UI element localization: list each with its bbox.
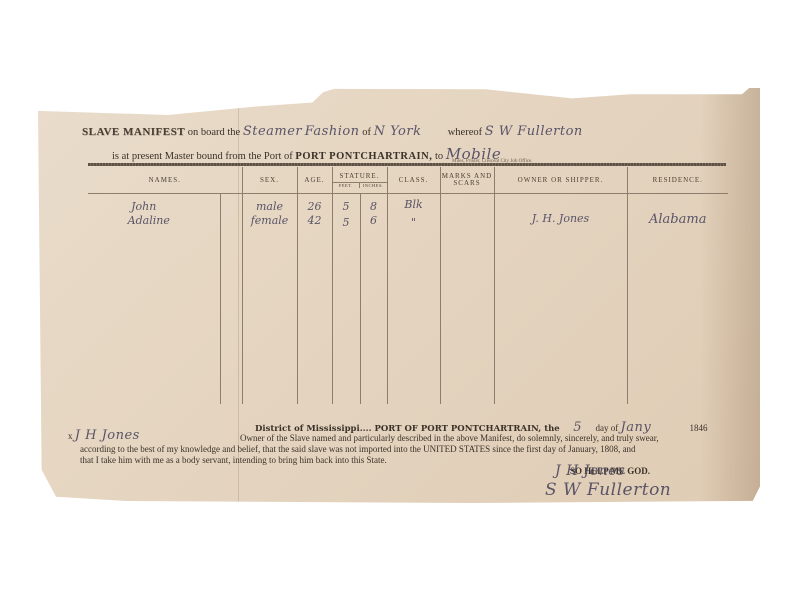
signature-jones: J H Jones [555,463,625,479]
owner-cell: J. H. Jones [494,194,627,405]
col-header-residence: RESIDENCE. [627,167,728,194]
document-title: SLAVE MANIFEST [82,126,185,138]
age-entry-1: 26 [298,200,332,213]
owner-entry: J. H. Jones [495,212,627,225]
residence-entry: Alabama [628,212,729,227]
oath-year: 1846 [689,423,707,433]
oath-line-3: according to the best of my knowledge an… [80,444,636,455]
col-header-stature: STATURE. FEET. INCHES. [332,167,387,194]
manifest-table: NAMES. SEX. AGE. STATURE. FEET. INCHES. … [88,167,728,404]
age-cell: 26 42 [297,194,332,405]
col-header-marks: MARKS AND SCARS [440,167,494,194]
whereof-label: whereof [448,127,482,138]
col-header-age: AGE. [297,167,332,194]
vessel-type: Steamer [243,124,302,139]
feet-cell: 5 5 [332,194,360,405]
age-entry-2: 42 [298,214,332,227]
table-body: John Adaline male female 26 42 5 5 8 6 B… [88,194,728,405]
feet-entry-2: 5 [333,216,360,229]
oath-line-4: that I take him with me as a body servan… [80,455,387,466]
sex-entry-2: female [243,214,297,227]
name-entry-1: John [68,200,220,213]
departure-port: PORT PONTCHARTRAIN, [295,151,432,162]
class-entry-2: " [388,216,440,229]
col-header-sex: SEX. [242,167,297,194]
stature-label: STATURE. [333,172,387,183]
marks-cell [440,194,494,405]
col-header-names: NAMES. [88,167,242,194]
manifest-title-line: SLAVE MANIFEST on board the Steamer Fash… [82,124,583,139]
name-entry-2: Adaline [78,214,220,227]
of-label: of [362,127,371,138]
x-mark: x J H Jones [68,430,140,442]
manifest-route-line: is at present Master bound from the Port… [112,145,501,163]
residence-cell: Alabama [627,194,728,405]
route-text: is at present Master bound from the Port… [112,151,293,162]
names-cell: John Adaline [88,194,220,405]
sex-entry-1: male [243,200,297,213]
table-header-row: NAMES. SEX. AGE. STATURE. FEET. INCHES. … [88,167,728,194]
class-cell: Blk " [387,194,440,405]
master-name: S W Fullerton [485,124,583,139]
to-label: to [435,151,443,162]
margin-signature: J H Jones [75,428,140,443]
inches-entry-2: 6 [361,214,387,227]
inches-cell: 8 6 [360,194,387,405]
feet-entry-1: 5 [333,200,360,213]
class-entry-1: Blk [388,198,440,211]
sex-cell: male female [242,194,297,405]
inches-entry-1: 8 [361,200,387,213]
col-header-class: CLASS. [387,167,440,194]
on-board-label: on board the [188,127,241,138]
inches-label: INCHES. [360,183,387,188]
spacer-cell [220,194,242,405]
home-port: N York [374,124,422,139]
col-header-owner: OWNER OR SHIPPER. [494,167,627,194]
signature-fullerton: S W Fullerton [545,480,671,500]
vessel-name: Fashion [305,124,360,139]
oath-line-2: Owner of the Slave named and particularl… [240,433,659,444]
header-rule [88,163,726,166]
feet-label: FEET. [333,183,361,188]
day-of-label: day of [596,423,619,433]
